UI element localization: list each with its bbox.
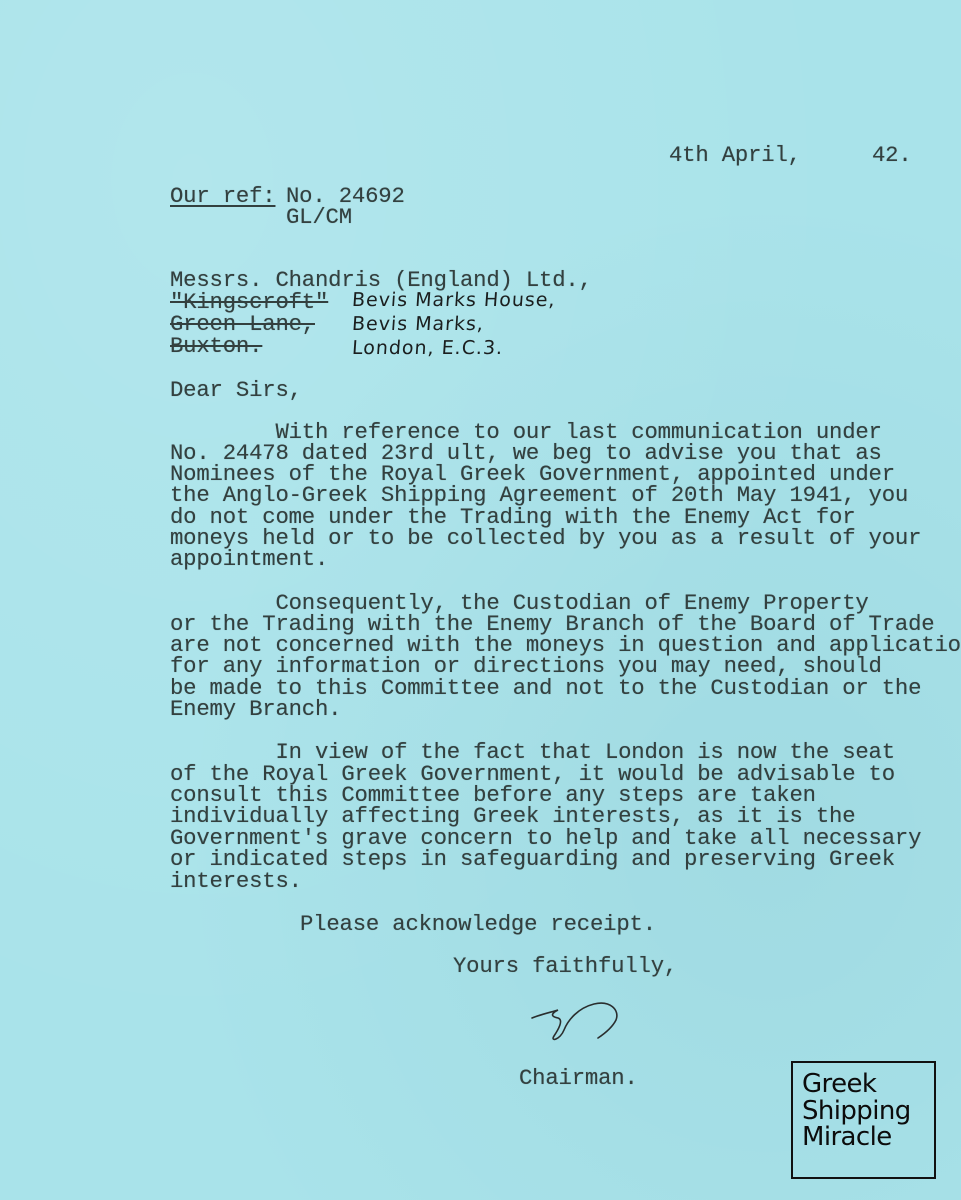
reference-initials: GL/CM (286, 207, 352, 228)
greek-shipping-miracle-logo: Greek Shipping Miracle (791, 1061, 936, 1179)
reference-label: Our ref: (170, 186, 275, 207)
paragraph-line: Enemy Branch. (170, 699, 341, 720)
paragraph-line: interests. (170, 871, 302, 892)
logo-line-2: Shipping (802, 1098, 934, 1125)
valediction: Yours faithfully, (453, 956, 677, 977)
handwritten-address-line-3: London, E.C.3. (351, 337, 504, 359)
handwritten-address-line-2: Bevis Marks, (351, 313, 485, 335)
logo-line-1: Greek (802, 1071, 934, 1098)
struck-address-line-3: Buxton. (170, 336, 262, 357)
handwritten-address-line-1: Bevis Marks House, (351, 289, 556, 311)
signatory-title: Chairman. (519, 1068, 638, 1089)
salutation: Dear Sirs, (170, 380, 302, 401)
closing-request: Please acknowledge receipt. (300, 914, 656, 935)
letter-date: 4th April, (669, 145, 801, 166)
letter-year: 42. (872, 145, 912, 166)
paragraph-line: appointment. (170, 549, 328, 570)
signature-icon (528, 1000, 638, 1050)
logo-line-3: Miracle (802, 1124, 934, 1151)
